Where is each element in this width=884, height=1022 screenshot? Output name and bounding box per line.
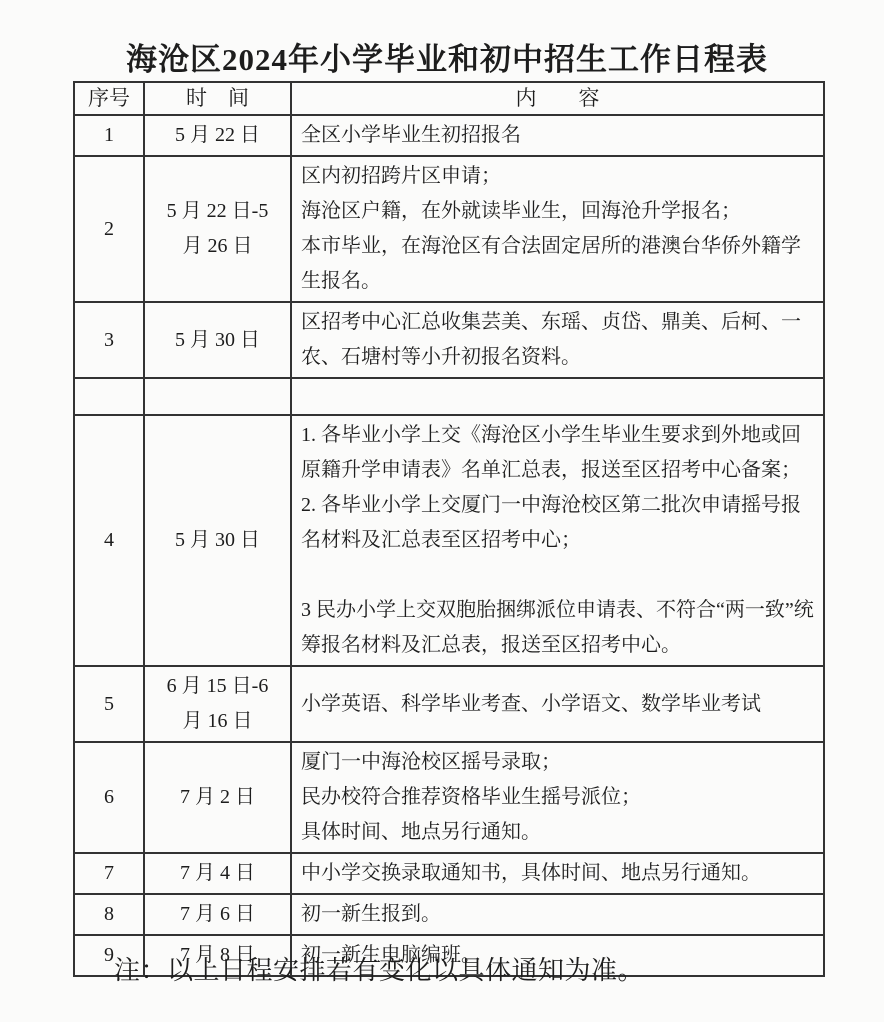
row-time-cell: 5 月 22 日 <box>144 115 291 156</box>
schedule-table-body: 15 月 22 日全区小学毕业生初招报名25 月 22 日-5 月 26 日区内… <box>74 115 824 976</box>
row-content-cell <box>291 378 824 415</box>
row-content-cell: 1. 各毕业小学上交《海沧区小学生毕业生要求到外地或回原籍升学申请表》名单汇总表… <box>291 415 824 666</box>
table-row: 15 月 22 日全区小学毕业生初招报名 <box>74 115 824 156</box>
row-index-cell: 5 <box>74 666 144 742</box>
row-time-cell: 6 月 15 日-6 月 16 日 <box>144 666 291 742</box>
row-content-cell: 小学英语、科学毕业考查、小学语文、数学毕业考试 <box>291 666 824 742</box>
row-index-cell: 3 <box>74 302 144 378</box>
row-content-cell: 全区小学毕业生初招报名 <box>291 115 824 156</box>
header-row: 序号 时 间 内 容 <box>74 82 824 115</box>
row-time-cell: 5 月 30 日 <box>144 302 291 378</box>
col-header-index: 序号 <box>74 82 144 115</box>
row-index-cell <box>74 378 144 415</box>
table-row: 35 月 30 日区招考中心汇总收集芸美、东瑶、贞岱、鼎美、后柯、一农、石塘村等… <box>74 302 824 378</box>
row-index-cell: 4 <box>74 415 144 666</box>
row-content-cell: 厦门一中海沧校区摇号录取； 民办校符合推荐资格毕业生摇号派位； 具体时间、地点另… <box>291 742 824 853</box>
table-row: 77 月 4 日中小学交换录取通知书，具体时间、地点另行通知。 <box>74 853 824 894</box>
schedule-table-header: 序号 时 间 内 容 <box>74 82 824 115</box>
row-content-cell: 中小学交换录取通知书，具体时间、地点另行通知。 <box>291 853 824 894</box>
row-index-cell: 8 <box>74 894 144 935</box>
document-page: 海沧区2024年小学毕业和初中招生工作日程表 序号 时 间 内 容 15 月 2… <box>0 0 884 1022</box>
row-time-cell <box>144 378 291 415</box>
footer-note: 注：以上日程安排若有变化以具体通知为准。 <box>114 950 644 987</box>
col-header-time: 时 间 <box>144 82 291 115</box>
row-index-cell: 6 <box>74 742 144 853</box>
table-row <box>74 378 824 415</box>
table-row: 45 月 30 日1. 各毕业小学上交《海沧区小学生毕业生要求到外地或回原籍升学… <box>74 415 824 666</box>
row-time-cell: 5 月 30 日 <box>144 415 291 666</box>
row-content-cell: 初一新生报到。 <box>291 894 824 935</box>
row-content-cell: 区内初招跨片区申请； 海沧区户籍，在外就读毕业生，回海沧升学报名； 本市毕业，在… <box>291 156 824 302</box>
table-row: 67 月 2 日厦门一中海沧校区摇号录取； 民办校符合推荐资格毕业生摇号派位； … <box>74 742 824 853</box>
table-row: 56 月 15 日-6 月 16 日小学英语、科学毕业考查、小学语文、数学毕业考… <box>74 666 824 742</box>
schedule-table: 序号 时 间 内 容 15 月 22 日全区小学毕业生初招报名25 月 22 日… <box>73 81 825 977</box>
col-header-content: 内 容 <box>291 82 824 115</box>
row-time-cell: 7 月 6 日 <box>144 894 291 935</box>
row-index-cell: 2 <box>74 156 144 302</box>
row-content-cell: 区招考中心汇总收集芸美、东瑶、贞岱、鼎美、后柯、一农、石塘村等小升初报名资料。 <box>291 302 824 378</box>
page-title: 海沧区2024年小学毕业和初中招生工作日程表 <box>67 34 827 79</box>
table-row: 87 月 6 日初一新生报到。 <box>74 894 824 935</box>
row-time-cell: 7 月 4 日 <box>144 853 291 894</box>
row-time-cell: 7 月 2 日 <box>144 742 291 853</box>
row-index-cell: 7 <box>74 853 144 894</box>
row-time-cell: 5 月 22 日-5 月 26 日 <box>144 156 291 302</box>
table-row: 25 月 22 日-5 月 26 日区内初招跨片区申请； 海沧区户籍，在外就读毕… <box>74 156 824 302</box>
row-index-cell: 1 <box>74 115 144 156</box>
